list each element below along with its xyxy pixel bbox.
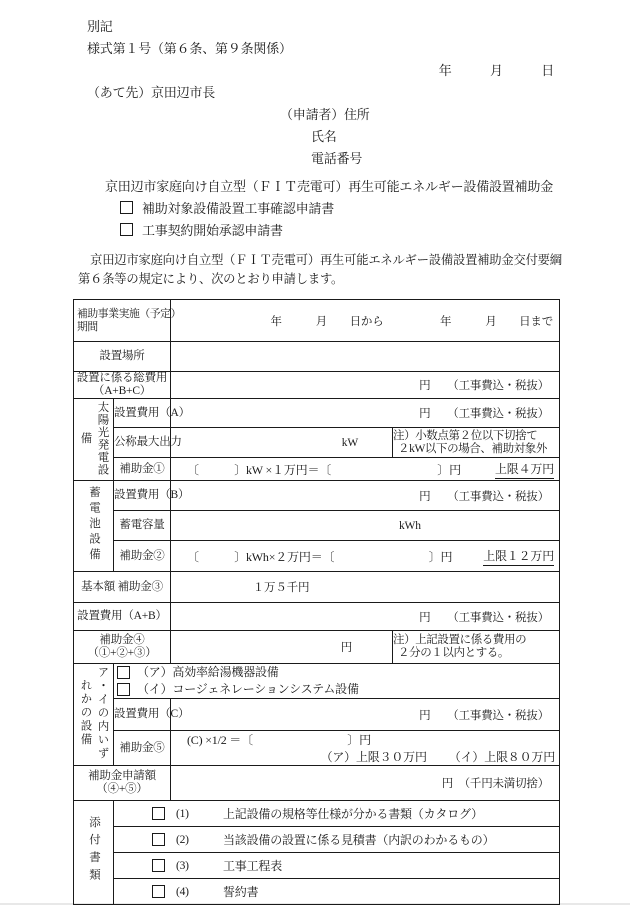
checkbox-attachment-2[interactable] (152, 833, 165, 846)
solar-cost-value-field: 円 （工事費込・税抜） (170, 398, 559, 427)
checkbox-attachment-1[interactable] (152, 807, 165, 820)
attachment-item-3: (3)工事工程表 (113, 852, 559, 878)
solar-section-header: 太陽光発電設備 (73, 398, 113, 480)
battery-cost-label: 設置費用（B） (113, 480, 170, 510)
row-cost-ab: 設置費用（A+B） 円 （工事費込・税抜） (73, 602, 559, 630)
doc-type-option-1: 補助対象設備設置工事確認申請書 (120, 198, 558, 220)
optional-option-a: （ア）高効率給湯機器設備 (114, 664, 559, 681)
row-subsidy-5: 補助金⑤ (C) ×1/2 ＝〔 〕円 （ア）上限３０万円（イ）上限８０万円 (73, 730, 559, 765)
intro-line-1: 京田辺市家庭向け自立型（ＦＩＴ売電可）再生可能エネルギー設備設置補助金交付要綱 (78, 251, 558, 270)
total-cost-label: 設置に係る総費用 （A+B+C） (73, 371, 170, 398)
subsidy5-formula: (C) ×1/2 ＝〔 〕円 (171, 731, 559, 748)
checkbox-option-a[interactable] (117, 666, 130, 679)
doc-mark: 別記 (87, 16, 558, 38)
battery-cost-value-field: 円 （工事費込・税抜） (170, 480, 559, 510)
period-label: 補助事業実施（予定） 期間 (73, 299, 170, 341)
attachment-item-4: (4)誓約書 (113, 878, 559, 904)
row-subsidy-4: 補助金④ （①+②+③） 円 注）上記設置に係る費用の ２分の１以内とする。 (73, 630, 559, 663)
request-amount-label: 補助金申請額 （④+⑤） (73, 765, 170, 800)
period-value-field: 年 月 日から 年 月 日まで (170, 299, 559, 341)
row-optional-cost: 設置費用（C） 円 （工事費込・税抜） (73, 698, 559, 730)
checkbox-confirm-application[interactable] (120, 201, 133, 214)
row-optional-equipment: ア・イの内いずれかの設備 （ア）高効率給湯機器設備 （イ）コージェネレーションシ… (73, 663, 559, 698)
intro-line-2: 第６条等の規定により、次のとおり申請します。 (78, 270, 558, 289)
subsidy1-formula: 〔 〕kW ×１万円＝〔 〕円 (187, 461, 461, 478)
optional-equipment-options: （ア）高効率給湯機器設備 （イ）コージェネレーションシステム設備 (113, 663, 559, 698)
solar-output-note: 注）小数点第２位以下切捨て ２kW以下の場合、補助対象外 (392, 427, 559, 457)
subsidy5-label: 補助金⑤ (113, 730, 170, 765)
battery-capacity-label: 蓄電容量 (113, 510, 170, 540)
optional-section-header: ア・イの内いずれかの設備 (73, 663, 113, 765)
optional-cost-label: 設置費用（C） (113, 698, 170, 730)
checkbox-contract-start-approval[interactable] (120, 223, 133, 236)
row-total-cost: 設置に係る総費用 （A+B+C） 円 （工事費込・税抜） (73, 371, 559, 398)
row-subsidy-1: 補助金① 〔 〕kW ×１万円＝〔 〕円 上限４万円 (73, 457, 559, 480)
subsidy2-formula-cell: 〔 〕kWh×２万円＝〔 〕円 上限１２万円 (170, 540, 559, 571)
row-location: 設置場所 (73, 341, 559, 371)
solar-output-unit-field: kW (170, 427, 392, 457)
total-cost-value-field: 円 （工事費込・税抜） (170, 371, 559, 398)
row-attachment-4: (4)誓約書 (73, 878, 559, 904)
location-value-field (170, 341, 559, 371)
cost-ab-value-field: 円 （工事費込・税抜） (170, 602, 559, 630)
base-subsidy-value: １万５千円 (170, 571, 559, 602)
checkbox-attachment-4[interactable] (152, 885, 165, 898)
subsidy2-limit: 上限１２万円 (483, 547, 554, 566)
subsidy4-value-field: 円 (170, 630, 392, 663)
subsidy5-limit-a: 上限３０万円 (356, 750, 427, 766)
subsidy1-formula-cell: 〔 〕kW ×１万円＝〔 〕円 上限４万円 (170, 457, 559, 480)
attachments-section-header: 添付書類 (73, 800, 113, 904)
optional-option-b: （イ）コージェネレーションシステム設備 (114, 681, 559, 698)
subsidy2-label: 補助金② (113, 540, 170, 571)
doc-type-option-2: 工事契約開始承認申請書 (120, 220, 558, 242)
applicant-tel-label: 電話番号 (311, 148, 558, 170)
doc-type-option-2-label: 工事契約開始承認申請書 (142, 223, 283, 238)
application-table: 補助事業実施（予定） 期間 年 月 日から 年 月 日まで 設置場所 設置に係る… (73, 299, 560, 905)
date-line: 年 月 日 (73, 60, 558, 82)
subsidy5-limits: （ア）上限３０万円（イ）上限８０万円 (171, 748, 559, 765)
document-title: 京田辺市家庭向け自立型（ＦＩＴ売電可）再生可能エネルギー設備設置補助金 (105, 176, 558, 198)
application-form-page: 別記 様式第１号（第６条、第９条関係） 年 月 日 （あて先）京田辺市長 （申請… (0, 0, 630, 903)
row-battery-cost: 蓄電池設備 設置費用（B） 円 （工事費込・税抜） (73, 480, 559, 510)
base-subsidy-label: 基本額 補助金③ (73, 571, 170, 602)
row-battery-capacity: 蓄電容量 kWh (73, 510, 559, 540)
doc-type-option-1-label: 補助対象設備設置工事確認申請書 (142, 201, 334, 216)
row-attachment-3: (3)工事工程表 (73, 852, 559, 878)
row-solar-cost: 太陽光発電設備 設置費用（A） 円 （工事費込・税抜） (73, 398, 559, 427)
row-subsidy-2: 補助金② 〔 〕kWh×２万円＝〔 〕円 上限１２万円 (73, 540, 559, 571)
solar-output-label: 公称最大出力 (113, 427, 170, 457)
row-solar-output: 公称最大出力 kW 注）小数点第２位以下切捨て ２kW以下の場合、補助対象外 (73, 427, 559, 457)
battery-section-header: 蓄電池設備 (73, 480, 113, 571)
cost-ab-label: 設置費用（A+B） (73, 602, 170, 630)
row-request-amount: 補助金申請額 （④+⑤） 円 （千円未満切捨） (73, 765, 559, 800)
subsidy5-formula-cell: (C) ×1/2 ＝〔 〕円 （ア）上限３０万円（イ）上限８０万円 (170, 730, 559, 765)
applicant-name-label: 氏名 (311, 126, 558, 148)
checkbox-option-b[interactable] (117, 683, 130, 696)
row-attachment-2: (2)当該設備の設置に係る見積書（内訳のわかるもの） (73, 826, 559, 852)
attachment-item-2: (2)当該設備の設置に係る見積書（内訳のわかるもの） (113, 826, 559, 852)
checkbox-attachment-3[interactable] (152, 859, 165, 872)
row-period: 補助事業実施（予定） 期間 年 月 日から 年 月 日まで (73, 299, 559, 341)
row-attachment-1: 添付書類 (1)上記設備の規格等仕様が分かる書類（カタログ） (73, 800, 559, 826)
subsidy4-label: 補助金④ （①+②+③） (73, 630, 170, 663)
subsidy4-note: 注）上記設置に係る費用の ２分の１以内とする。 (392, 630, 559, 663)
location-label: 設置場所 (73, 341, 170, 371)
subsidy2-formula: 〔 〕kWh×２万円＝〔 〕円 (187, 548, 452, 565)
solar-cost-label: 設置費用（A） (113, 398, 170, 427)
attachment-item-1: (1)上記設備の規格等仕様が分かる書類（カタログ） (113, 800, 559, 826)
optional-cost-value-field: 円 （工事費込・税抜） (170, 698, 559, 730)
subsidy1-limit: 上限４万円 (495, 460, 554, 479)
request-amount-value-field: 円 （千円未満切捨） (170, 765, 559, 800)
subsidy5-limit-b: 上限８０万円 (484, 750, 555, 766)
battery-capacity-unit-field: kWh (170, 510, 559, 540)
addressee: （あて先）京田辺市長 (87, 82, 558, 104)
applicant-address-label: （申請者）住所 (280, 104, 558, 126)
subsidy1-label: 補助金① (113, 457, 170, 480)
intro-paragraph: 京田辺市家庭向け自立型（ＦＩＴ売電可）再生可能エネルギー設備設置補助金交付要綱 … (73, 251, 558, 289)
row-base-subsidy: 基本額 補助金③ １万５千円 (73, 571, 559, 602)
form-number: 様式第１号（第６条、第９条関係） (87, 38, 558, 60)
